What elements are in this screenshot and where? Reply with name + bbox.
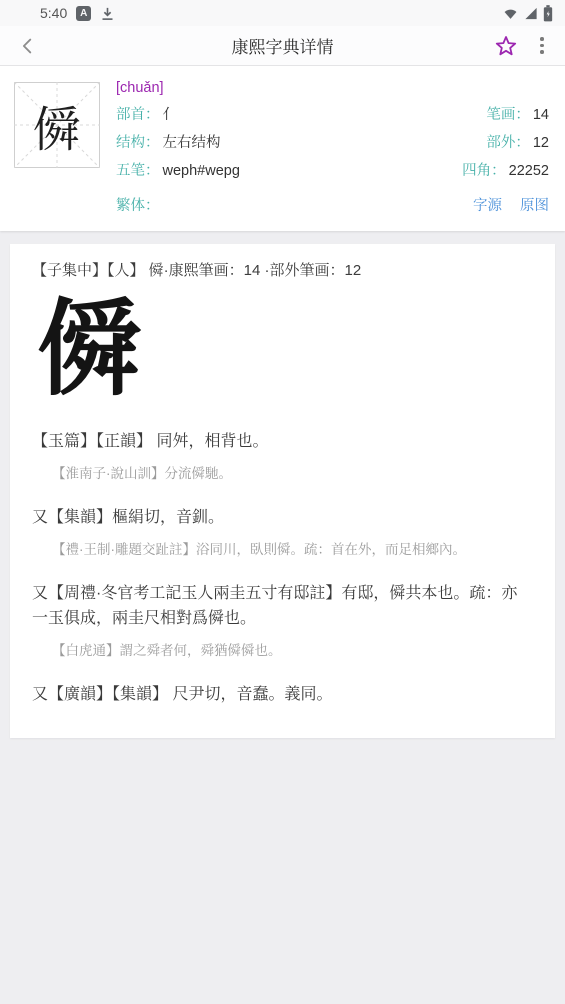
character-info-fields: [chuǎn] 部首： 亻 笔画： 14 结构： 左右结构 部外： 12 五笔： [100, 80, 549, 215]
back-button[interactable] [14, 32, 42, 60]
paragraph-text: 同舛，相背也。 [156, 433, 268, 450]
ellipsis-dot [540, 37, 544, 41]
info-row: 部首： 亻 笔画： 14 [116, 103, 549, 124]
field-value: 14 [533, 107, 549, 123]
paragraph-text: 【玉篇】【正韻】 [32, 433, 156, 450]
field-value: weph#wepg [163, 163, 240, 179]
field-label: 五笔： [116, 159, 160, 180]
original-image-link[interactable]: 原图 [520, 194, 549, 215]
calligraphy-character: 僢 [38, 289, 533, 409]
pinyin-label: [chuǎn] [116, 80, 549, 96]
battery-icon [543, 5, 553, 22]
glyph-origin-link[interactable]: 字源 [473, 194, 502, 215]
field-label: 四角： [462, 159, 506, 180]
ellipsis-dot [540, 50, 544, 54]
favorite-star-button[interactable] [493, 33, 519, 59]
character-grid-box: 僢 [14, 82, 100, 168]
status-bar-left: 5:40 A [12, 5, 115, 21]
entry-quote: 【淮南子·說山訓】分流僢馳。 [52, 464, 533, 484]
headword-character: 僢 [14, 82, 100, 168]
field-label: 结构： [116, 131, 160, 152]
paragraph-text: 又【廣韻】【集韻】 [32, 686, 172, 703]
field-value: 12 [533, 135, 549, 151]
cellular-signal-icon [523, 6, 539, 21]
notification-a-icon: A [76, 6, 91, 21]
page-title: 康熙字典详情 [0, 33, 565, 58]
character-info-card: 僢 [chuǎn] 部首： 亻 笔画： 14 结构： 左右结构 部外： 12 [0, 66, 565, 231]
field-label: 部外： [486, 131, 530, 152]
ellipsis-dot [540, 44, 544, 48]
status-bar: 5:40 A [0, 0, 565, 26]
entry-paragraph: 【玉篇】【正韻】 𡘋同舛，相背也。 [32, 430, 533, 455]
field-label: 繁体： [116, 194, 160, 215]
entry-paragraph: 又【集韻】樞絹切，音釧。 [32, 506, 533, 531]
field-label: 部首： [116, 103, 160, 124]
field-value: 亻 [163, 103, 178, 124]
app-screen: 5:40 A [0, 0, 565, 1004]
entry-quote: 【白虎通】謂之舜者何，舜猶僢僢也。 [52, 641, 533, 661]
info-row: 五笔： weph#wepg 四角： 22252 [116, 159, 549, 180]
wifi-icon [502, 6, 519, 21]
chevron-left-icon [17, 35, 39, 57]
overflow-menu-button[interactable] [533, 33, 551, 59]
field-value: 左右结构 [163, 131, 221, 152]
download-icon [100, 6, 115, 21]
entry-paragraph: 又【周禮·冬官考工記玉人兩圭五寸有邸註】有邸，僢共本也。疏：亦一玉俱成，兩圭尺相… [32, 582, 533, 632]
field-label: 笔画： [486, 103, 530, 124]
app-bar-actions [493, 33, 551, 59]
star-outline-icon [494, 34, 518, 58]
app-bar: 康熙字典详情 [0, 26, 565, 66]
field-value: 22252 [509, 163, 549, 179]
info-row: 繁体： 字源 原图 [116, 194, 549, 215]
dictionary-entry-card: 【子集中】【人】 僢·康熙筆画：14 ·部外筆画：12 僢 【玉篇】【正韻】 𡘋… [10, 244, 555, 738]
status-time: 5:40 [12, 5, 67, 21]
entry-header: 【子集中】【人】 僢·康熙筆画：14 ·部外筆画：12 [32, 260, 533, 283]
entry-paragraph: 又【廣韻】【集韻】 𡘋尺尹切，音蠢。義同。 [32, 683, 533, 708]
status-bar-right [502, 5, 553, 22]
entry-quote: 【禮·王制·雕題交趾註】浴同川，臥則僢。疏：首在外，而足相鄉內。 [52, 540, 533, 560]
paragraph-text: 尺尹切，音蠢。義同。 [172, 686, 332, 703]
info-row: 结构： 左右结构 部外： 12 [116, 131, 549, 152]
